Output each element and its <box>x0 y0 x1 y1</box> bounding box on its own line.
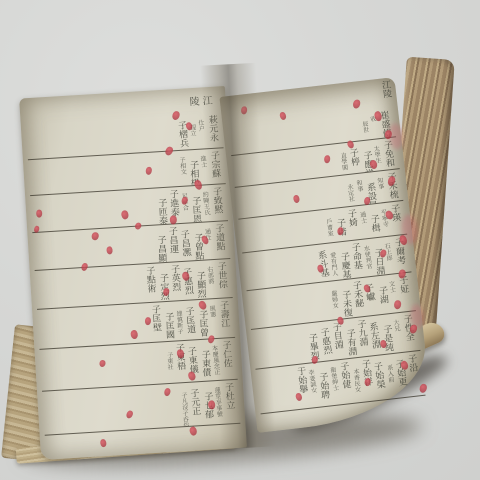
name-entry: 子匡道 <box>183 306 195 338</box>
name-entry: 子昌凞 <box>178 230 190 259</box>
annotation-entry: 永定社 <box>345 184 354 205</box>
photo-scene: 陵江 萩元永仕户提立子槢兵子宗蘇進士子相极子相文子致黙約陳王氏子匡恩足章合子進泰… <box>0 0 480 480</box>
name-entry: 子匡恩 <box>190 196 200 221</box>
name-entry: 子楫 <box>368 214 379 235</box>
red-seal-mark <box>241 106 247 114</box>
name-entry: 子未復 <box>339 290 351 317</box>
annotation-entry: 進士 <box>199 155 208 182</box>
annotation-entry: 石上郎 <box>383 243 393 272</box>
name-entry: 子點術 <box>144 265 155 300</box>
name-entry: 萩元永 <box>206 115 217 146</box>
name-entry: 子仁佐 <box>220 341 232 379</box>
name-entry: 系左淵 <box>367 321 381 354</box>
annotation-entry: 知事 <box>375 177 385 201</box>
name-entry: 子匡壁 <box>149 304 161 340</box>
annotation-entry: 愛有門人 <box>328 252 337 278</box>
name-entry: 子有淵 <box>343 328 355 356</box>
annotation-entry: 嚴婦女 <box>329 290 338 318</box>
right-page-header: 江陵 <box>379 79 394 98</box>
left-page-header: 陵江 <box>189 92 216 109</box>
name-entry: 子道點 <box>213 224 224 257</box>
annotation-entry: 本慶風念正 <box>210 345 219 379</box>
annotation-entry: 約陳王氏 <box>201 191 210 220</box>
red-seal-mark <box>352 99 361 109</box>
name-entry: 子東債 <box>199 350 209 379</box>
annotation-entry: 子凡沒子呑俗 <box>179 392 187 424</box>
name-entry: 子匡曾 <box>197 309 207 337</box>
annotation-entry: 通士 <box>357 212 367 237</box>
name-entry: 子沿 <box>405 354 419 394</box>
name-entry: 子悳烈 <box>317 327 331 360</box>
annotation-entry: 右部將 <box>205 266 214 296</box>
left-manuscript-page: 陵江 萩元永仕户提立子槢兵子宗蘇進士子相极子相文子致黙約陳王氏子匡恩足章合子進泰… <box>19 86 247 460</box>
annotation-entry: 風憲 <box>208 305 217 337</box>
annotation-entry: 大兄 <box>391 319 402 351</box>
name-entry: 子昌運 <box>166 227 177 260</box>
name-entry: 子壽江 <box>217 300 229 336</box>
name-entry: 子慶基 <box>338 252 350 278</box>
name-entry: 子湖 <box>376 285 388 312</box>
name-entry: 子匝泰 <box>155 198 165 223</box>
annotation-entry: 戶曹室 <box>324 218 333 240</box>
name-entry: 子始倢 <box>337 362 351 402</box>
right-manuscript-page: 江陵 崔盛傅收辰世子免和太學生子應祥子楟直學閣子禾梳知事系設星和事永定社子瑛平寧… <box>219 77 432 433</box>
name-entry: 子始榮 <box>371 362 386 399</box>
annotation-entry: 仕户 <box>197 119 206 146</box>
annotation-entry: 系入前 <box>385 365 394 397</box>
annotation-entry: 水使判官 <box>361 245 371 274</box>
name-entry: 子杜立 <box>222 383 234 422</box>
name-entry: 子昌顯 <box>155 235 165 260</box>
name-entry: 子顯烈 <box>194 271 204 297</box>
annotation-entry: 連慎新子 <box>174 310 182 339</box>
name-entry: 子致黙 <box>210 186 221 219</box>
name-entry: 子匡國 <box>162 312 172 340</box>
annotation-entry: 直學閣 <box>339 152 348 173</box>
name-entry: 子元正 <box>188 388 201 423</box>
annotation-entry: 子東社 <box>165 352 172 381</box>
annotation-entry: 本香民女 <box>351 369 360 401</box>
name-entry: 子目淵 <box>330 322 343 358</box>
name-entry: 子英烈 <box>169 264 180 299</box>
name-entry: 子婍 <box>345 209 358 239</box>
annotation-entry: 和事 <box>354 179 364 203</box>
annotation-entry: 辰世 <box>360 121 368 138</box>
name-entry: 子宗蘇 <box>208 151 219 182</box>
annotation-entry: 子相文 <box>177 157 186 184</box>
name-entry: 子世倧 <box>215 261 226 296</box>
name-entry: 子楟 <box>347 147 360 171</box>
name-entry: 子命基 <box>349 242 362 276</box>
name-entry: 子始聘 <box>317 372 329 404</box>
